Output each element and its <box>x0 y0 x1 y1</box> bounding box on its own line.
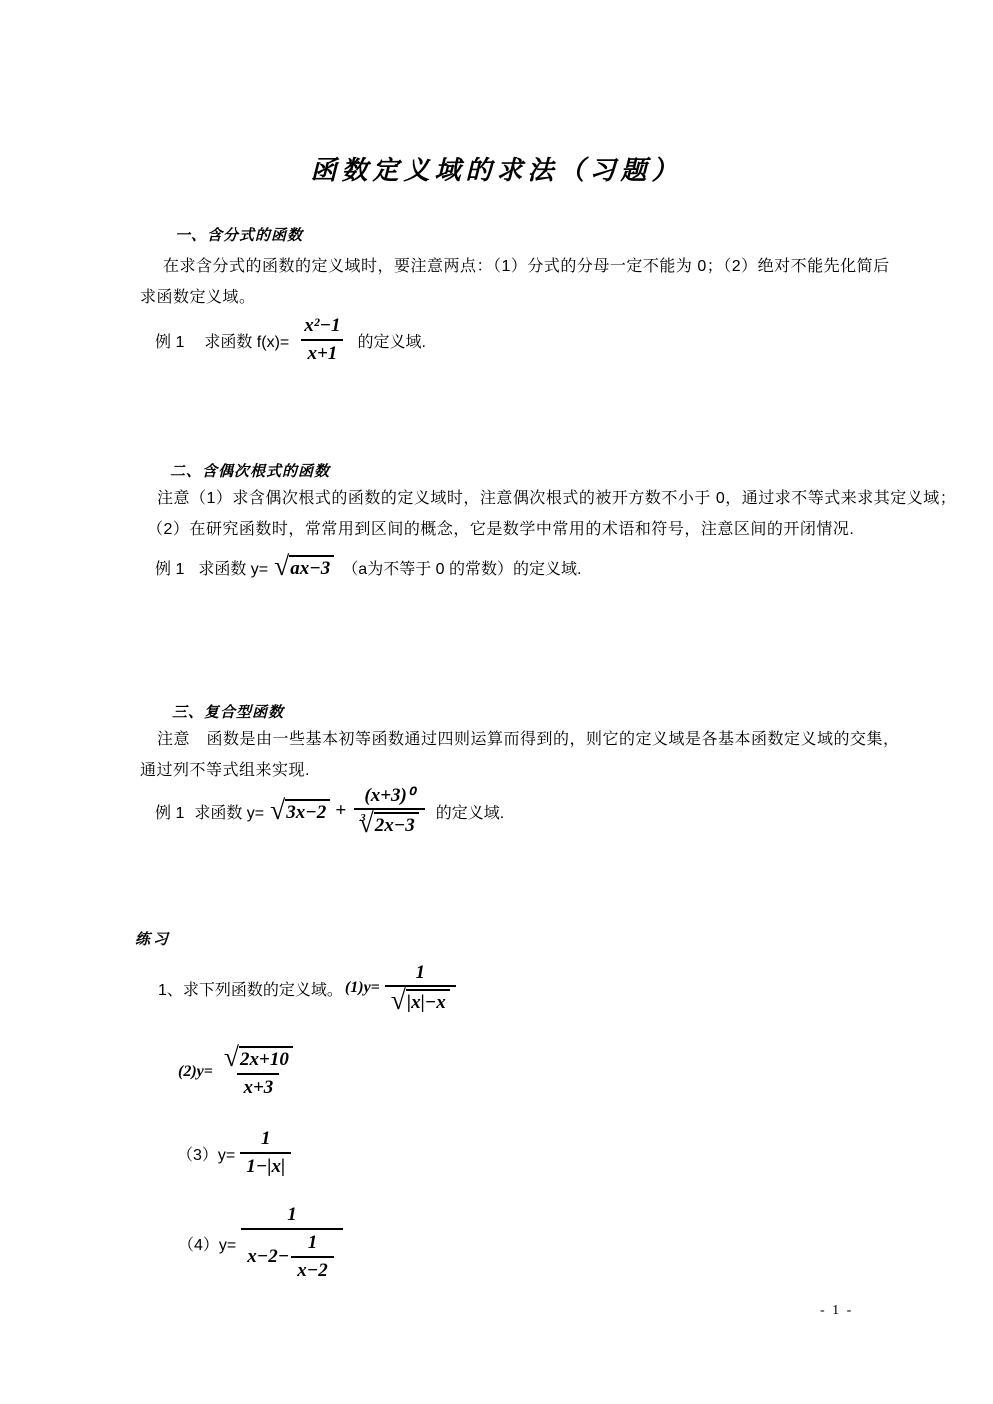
radicand: ax−3 <box>289 555 334 580</box>
example-1: 例 1 求函数 f(x)= x²−1 x+1 的定义域. <box>155 308 426 372</box>
radical-sign: √ <box>274 555 289 578</box>
fraction-numerator: (x+3)⁰ <box>358 785 420 809</box>
example-3: 例 1 求函数 y= √ 3x−2 + (x+3)⁰ 3 √ 2x−3 的定义域… <box>155 780 504 842</box>
section-3-heading: 三、复合型函数 <box>172 701 284 722</box>
fraction-denominator: x−2− 1 x−2 <box>241 1228 343 1282</box>
fraction-denominator: 3 √ 2x−3 <box>354 808 425 837</box>
page-number: - 1 - <box>820 1303 853 1319</box>
example-3-tail: 的定义域. <box>436 800 504 823</box>
root-index: 3 <box>360 813 366 824</box>
fraction-numerator: √ 2x+10 <box>218 1046 299 1073</box>
cube-root-radical: 3 √ 2x−3 <box>360 812 419 837</box>
radicand: 2x−3 <box>374 812 419 837</box>
example-3-label: 例 1 <box>155 800 184 823</box>
denominator-lead: x−2− <box>247 1246 289 1268</box>
practice-item-4-label: （4）y= <box>178 1232 236 1255</box>
example-2-radical: √ ax−3 <box>274 555 334 580</box>
practice-item-3: （3）y= 1 1−|x| <box>177 1128 294 1178</box>
fraction-numerator: 1 <box>281 1204 303 1228</box>
practice-heading: 练习 <box>135 928 171 949</box>
section-1-body-line-2: 求函数定义域。 <box>140 284 256 307</box>
practice-item-2-label: (2)y= <box>178 1063 213 1081</box>
plus-operator: + <box>335 800 346 822</box>
section-2-body-line-2: （2）在研究函数时，常常用到区间的概念，它是数学中常用的术语和符号，注意区间的开… <box>147 516 854 539</box>
radical-sign: √ <box>391 989 406 1012</box>
section-2-heading: 二、含偶次根式的函数 <box>170 460 330 481</box>
example-3-radical: √ 3x−2 <box>270 799 330 824</box>
fraction-numerator: 1 <box>302 1232 324 1256</box>
example-1-tail: 的定义域. <box>357 329 425 352</box>
practice-item-1: 1、求下列函数的定义域。 (1)y= 1 √ |x|−x <box>158 960 459 1016</box>
radicand: |x|−x <box>406 989 450 1014</box>
section-3-body-line-1: 注意 函数是由一些基本初等函数通过四则运算而得到的，则它的定义域是各基本函数定义… <box>157 726 900 749</box>
document-page: 函数定义域的求法（习题） 一、含分式的函数 在求含分式的函数的定义域时，要注意两… <box>0 0 993 1404</box>
practice-item-2-fraction: √ 2x+10 x+3 <box>218 1046 299 1099</box>
fraction-numerator: x²−1 <box>298 315 346 339</box>
fraction-denominator: x−2 <box>291 1256 334 1282</box>
fraction-denominator: 1−|x| <box>240 1152 291 1178</box>
practice-item-1-fraction: 1 √ |x|−x <box>385 962 456 1015</box>
practice-item-3-label: （3）y= <box>177 1142 235 1165</box>
section-3-body-line-2: 通过列不等式组来实现. <box>140 757 310 780</box>
example-2-label: 例 1 <box>155 556 184 579</box>
fraction-denominator: x+3 <box>237 1073 279 1099</box>
radical-sign: √ <box>270 799 285 822</box>
page-title: 函数定义域的求法（习题） <box>0 150 993 187</box>
section-1-heading: 一、含分式的函数 <box>175 224 303 245</box>
fraction-numerator: 1 <box>255 1128 277 1152</box>
example-1-fraction: x²−1 x+1 <box>298 315 346 365</box>
example-3-lead: 求函数 y= <box>194 800 264 823</box>
practice-item-4: （4）y= 1 x−2− 1 x−2 <box>178 1203 346 1283</box>
fraction-numerator: 1 <box>410 962 432 986</box>
fraction-denominator: √ |x|−x <box>385 985 456 1014</box>
example-2: 例 1 求函数 y= √ ax−3 （a为不等于 0 的常数）的定义域. <box>155 548 581 586</box>
section-2-body-line-1: 注意（1）求含偶次根式的函数的定义域时，注意偶次根式的被开方数不小于 0，通过求… <box>157 485 956 508</box>
practice-item-4-fraction: 1 x−2− 1 x−2 <box>241 1204 343 1282</box>
fraction-denominator: x+1 <box>301 339 343 365</box>
example-2-lead: 求函数 y= <box>198 556 268 579</box>
inner-fraction: 1 x−2 <box>291 1232 334 1282</box>
radicand: 3x−2 <box>285 799 330 824</box>
radicand: 2x+10 <box>239 1046 293 1071</box>
practice-intro: 1、求下列函数的定义域。 <box>158 977 343 1000</box>
example-1-label: 例 1 <box>155 329 184 352</box>
example-1-lead: 求函数 f(x)= <box>204 329 289 352</box>
example-2-tail: （a为不等于 0 的常数）的定义域. <box>342 556 581 579</box>
practice-item-1-label: (1)y= <box>345 979 380 997</box>
section-1-body-line-1: 在求含分式的函数的定义域时，要注意两点：（1）分式的分母一定不能为 0；（2）绝… <box>163 253 890 276</box>
radical: √ |x|−x <box>391 989 450 1014</box>
radical: √ 2x+10 <box>224 1046 293 1071</box>
practice-item-3-fraction: 1 1−|x| <box>240 1128 291 1178</box>
radical-sign: √ <box>224 1046 239 1069</box>
practice-item-2: (2)y= √ 2x+10 x+3 <box>178 1043 302 1101</box>
example-3-fraction: (x+3)⁰ 3 √ 2x−3 <box>354 785 425 838</box>
denominator-expression: x−2− 1 x−2 <box>247 1232 337 1282</box>
